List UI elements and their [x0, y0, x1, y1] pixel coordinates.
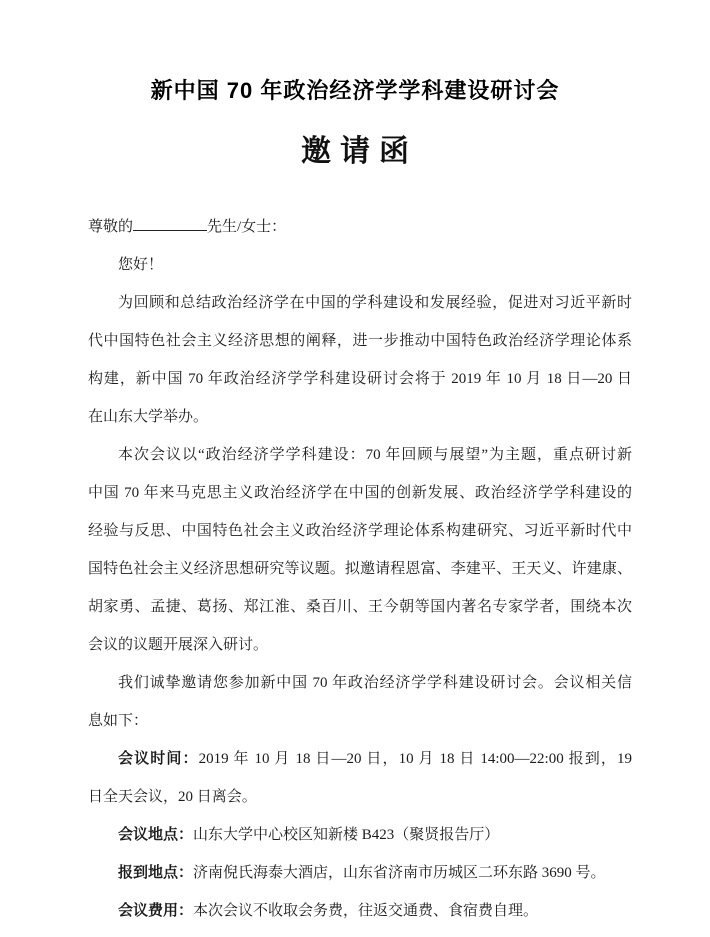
name-blank-underline [133, 215, 207, 231]
paragraph2-line6: 会议的议题开展深入研讨。 [88, 626, 632, 664]
paragraph2-line1: 本次会议以“政治经济学学科建设：70 年回顾与展望”为主题，重点研讨新 [88, 436, 632, 474]
meeting-time-label: 会议时间： [118, 751, 199, 767]
paragraph1-line1: 为回顾和总结政治经济学在中国的学科建设和发展经验，促进对习近平新时 [88, 284, 632, 322]
paragraph3-line2: 息如下： [88, 702, 632, 740]
meeting-venue-line: 会议地点：山东大学中心校区知新楼 B423（聚贤报告厅） [88, 816, 632, 854]
document-title: 新中国 70 年政治经济学学科建设研讨会 [0, 0, 710, 106]
paragraph1-line2: 代中国特色社会主义经济思想的阐释，进一步推动中国特色政治经济学理论体系 [88, 322, 632, 360]
meeting-fee-label: 会议费用： [118, 903, 193, 919]
paragraph2-line2: 中国 70 年来马克思主义政治经济学在中国的创新发展、政治经济学学科建设的 [88, 474, 632, 512]
document-subtitle: 邀请函 [0, 130, 710, 174]
meeting-time-value-part1: 2019 年 10 月 18 日—20 日，10 月 18 日 14:00—22… [199, 751, 632, 767]
paragraph1-line4: 在山东大学举办。 [88, 398, 632, 436]
checkin-venue-label: 报到地点： [118, 865, 193, 881]
checkin-venue-line: 报到地点：济南倪氏海泰大酒店，山东省济南市历城区二环东路 3690 号。 [88, 854, 632, 892]
greeting-line: 您好！ [88, 246, 632, 284]
meeting-fee-line: 会议费用：本次会议不收取会务费，往返交通费、食宿费自理。 [88, 892, 632, 930]
meeting-time-line1: 会议时间：2019 年 10 月 18 日—20 日，10 月 18 日 14:… [88, 740, 632, 778]
paragraph3-line1: 我们诚挚邀请您参加新中国 70 年政治经济学学科建设研讨会。会议相关信 [88, 664, 632, 702]
checkin-venue-value: 济南倪氏海泰大酒店，山东省济南市历城区二环东路 3690 号。 [193, 865, 606, 881]
meeting-venue-label: 会议地点： [118, 827, 193, 843]
paragraph2-line4: 国特色社会主义经济思想研究等议题。拟邀请程恩富、李建平、王天义、许建康、 [88, 550, 632, 588]
salutation-line: 尊敬的先生/女士： [88, 208, 632, 246]
paragraph2-line3: 经验与反思、中国特色社会主义政治经济学理论体系构建研究、习近平新时代中 [88, 512, 632, 550]
salutation-suffix: 先生/女士： [207, 219, 286, 235]
salutation-prefix: 尊敬的 [88, 219, 133, 235]
meeting-time-line2: 日全天会议，20 日离会。 [88, 778, 632, 816]
meeting-fee-value: 本次会议不收取会务费，往返交通费、食宿费自理。 [193, 903, 538, 919]
paragraph1-line3: 构建，新中国 70 年政治经济学学科建设研讨会将于 2019 年 10 月 18… [88, 360, 632, 398]
document-body: 尊敬的先生/女士： 您好！ 为回顾和总结政治经济学在中国的学科建设和发展经验，促… [88, 208, 632, 930]
invitation-letter-page: 新中国 70 年政治经济学学科建设研讨会 邀请函 尊敬的先生/女士： 您好！ 为… [0, 0, 710, 937]
meeting-venue-value: 山东大学中心校区知新楼 B423（聚贤报告厅） [193, 827, 499, 843]
paragraph2-line5: 胡家勇、孟捷、葛扬、郑江淮、桑百川、王今朝等国内著名专家学者，围绕本次 [88, 588, 632, 626]
